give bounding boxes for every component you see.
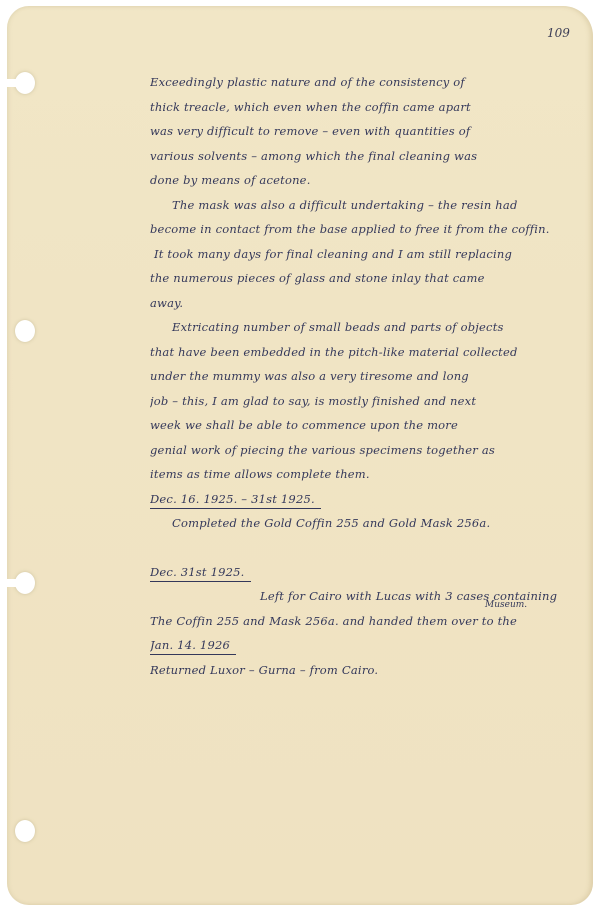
margin-note: Museum. xyxy=(485,600,527,610)
entry-text: Completed the Gold Coffin 255 and Gold M… xyxy=(150,511,580,536)
text-line: week we shall be able to commence upon t… xyxy=(150,413,580,438)
text-line: become in contact from the base applied … xyxy=(150,217,580,242)
punch-hole xyxy=(15,320,35,342)
text-line: genial work of piecing the various speci… xyxy=(150,438,580,463)
entry-date: Jan. 14. 1926 xyxy=(150,636,236,655)
entry-text: Returned Luxor – Gurna – from Cairo. xyxy=(150,658,580,683)
page-number: 109 xyxy=(547,26,570,40)
text-line: done by means of acetone. xyxy=(150,168,580,193)
text-line: away. xyxy=(150,291,580,316)
text-line: thick treacle, which even when the coffi… xyxy=(150,95,580,120)
entry-date: Dec. 31st 1925. xyxy=(150,563,251,582)
text-line: Extricating number of small beads and pa… xyxy=(150,315,580,340)
text-line: under the mummy was also a very tiresome… xyxy=(150,364,580,389)
punch-hole xyxy=(15,572,35,594)
diary-entry: Dec. 31st 1925. xyxy=(150,560,580,585)
punch-hole xyxy=(15,820,35,842)
text-line: was very difficult to remove – even with… xyxy=(150,119,580,144)
punch-hole xyxy=(15,72,35,94)
diary-entry: Dec. 16. 1925. – 31st 1925. xyxy=(150,487,580,512)
text-line: items as time allows complete them. xyxy=(150,462,580,487)
diary-entry: Jan. 14. 1926 xyxy=(150,633,580,658)
text-line: The mask was also a difficult undertakin… xyxy=(150,193,580,218)
text-line: job – this, I am glad to say, is mostly … xyxy=(150,389,580,414)
text-line: It took many days for final cleaning and… xyxy=(150,242,580,267)
handwritten-text-body: Exceedingly plastic nature and of the co… xyxy=(150,70,580,682)
entry-text: The Coffin 255 and Mask 256a. and handed… xyxy=(150,609,580,634)
text-line: Exceedingly plastic nature and of the co… xyxy=(150,70,580,95)
entry-date: Dec. 16. 1925. – 31st 1925. xyxy=(150,490,321,509)
text-line: that have been embedded in the pitch-lik… xyxy=(150,340,580,365)
text-line: various solvents – among which the final… xyxy=(150,144,580,169)
text-line: the numerous pieces of glass and stone i… xyxy=(150,266,580,291)
